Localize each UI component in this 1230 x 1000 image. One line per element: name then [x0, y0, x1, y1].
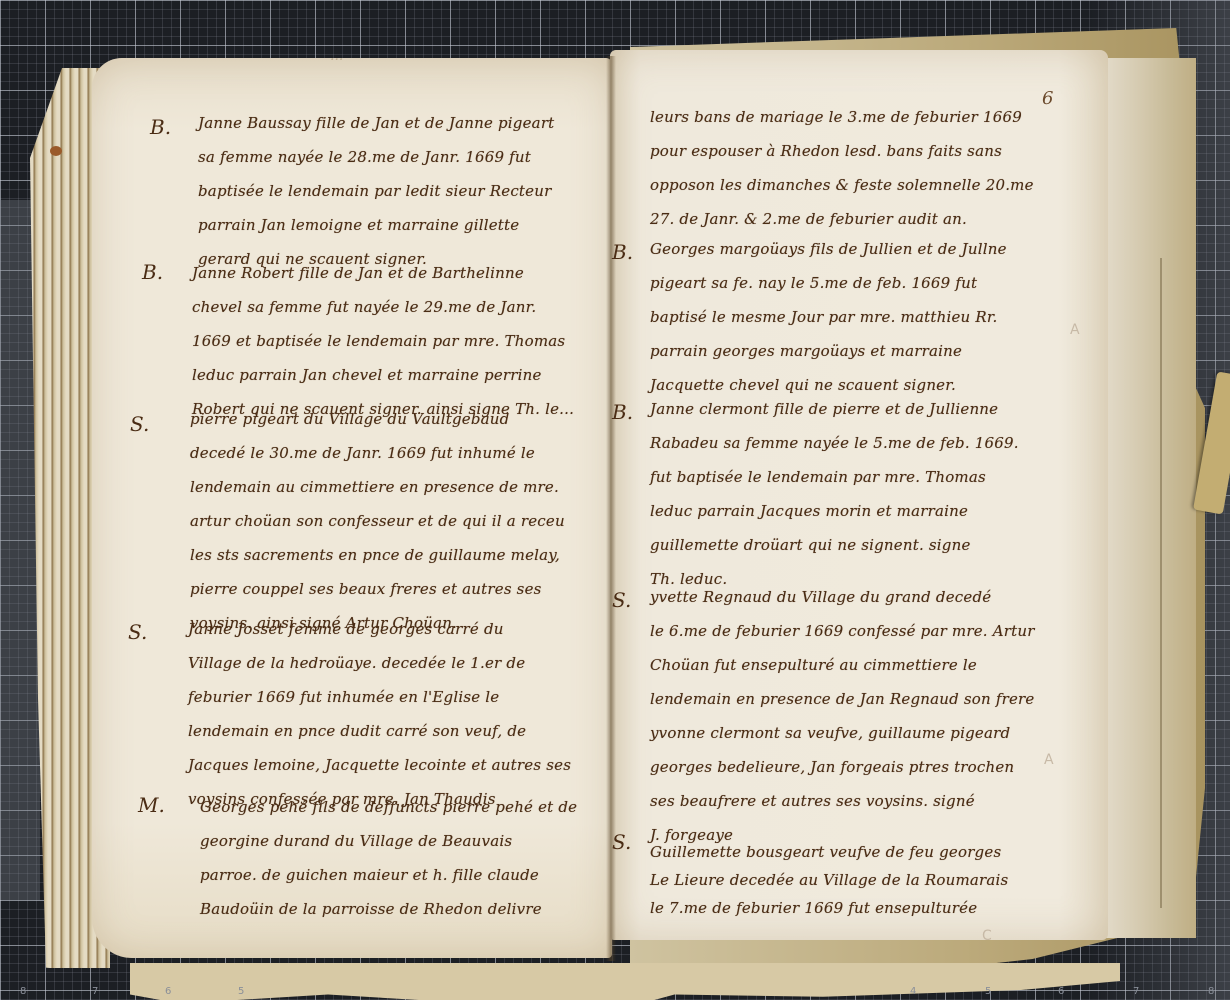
entry-type-burial: S.	[130, 412, 149, 436]
entry-type-burial: S.	[612, 588, 631, 612]
entry-line: le 7.me de feburier 1669 fut ensepulturé…	[650, 894, 1008, 922]
entry-line: Rabadeu sa femme nayée le 5.me de feb. 1…	[650, 426, 1019, 460]
entry-line: parrain georges margoüays et marraine	[650, 334, 1007, 368]
entry-line: Janne Baussay fille de Jan et de Janne p…	[198, 106, 554, 140]
ruler-label: 8	[20, 986, 26, 997]
entry-type-baptism: B.	[150, 115, 171, 139]
register-entry: Georges margoüays fils de Jullien et de …	[650, 232, 1007, 402]
ruler-label: 5	[238, 986, 244, 997]
entry-line: Choüan fut ensepulturé au cimmettiere le	[650, 648, 1035, 682]
entry-line: Village de la hedroüaye. decedée le 1.er…	[188, 646, 571, 680]
ruler-label: 4	[910, 986, 916, 997]
entry-line: Janne clermont fille de pierre et de Jul…	[650, 392, 1019, 426]
register-entry: yvette Regnaud du Village du grand deced…	[650, 580, 1035, 852]
entry-line: baptisée le lendemain par ledit sieur Re…	[198, 174, 554, 208]
entry-type-burial: S.	[612, 830, 631, 854]
register-entry: pierre pigeart du Village du Vaultgebaud…	[190, 402, 565, 640]
entry-line: 27. de Janr. & 2.me de feburier audit an…	[650, 202, 1034, 236]
entry-line: parroe. de guichen maieur et h. fille cl…	[200, 858, 577, 892]
register-entry: Georges pehé fils de deffuncts pierre pe…	[200, 790, 577, 926]
folio-mark: A	[1070, 322, 1080, 338]
ruler-label: 7	[1133, 986, 1139, 997]
entry-line: pierre pigeart du Village du Vaultgebaud	[190, 402, 565, 436]
entry-line: baptisé le mesme Jour par mre. matthieu …	[650, 300, 1007, 334]
ruler-label: 8	[1208, 986, 1214, 997]
entry-line: leduc parrain Jan chevel et marraine per…	[192, 358, 574, 392]
register-entry: Janne Robert fille de Jan et de Bartheli…	[192, 256, 574, 426]
entry-line: decedé le 30.me de Janr. 1669 fut inhumé…	[190, 436, 565, 470]
register-entry-continued: leurs bans de mariage le 3.me de feburie…	[650, 100, 1034, 236]
entry-line: le 6.me de feburier 1669 confessé par mr…	[650, 614, 1035, 648]
entry-line: lendemain en presence de Jan Regnaud son…	[650, 682, 1035, 716]
entry-line: ses beaufrere et autres ses voysins. sig…	[650, 784, 1035, 818]
entry-line: Baudoüin de la parroisse de Rhedon deliv…	[200, 892, 577, 926]
entry-line: feburier 1669 fut inhumée en l'Eglise le	[188, 680, 571, 714]
entry-line: yvonne clermont sa veufve, guillaume pig…	[650, 716, 1035, 750]
entry-line: yvette Regnaud du Village du grand deced…	[650, 580, 1035, 614]
entry-line: sa femme nayée le 28.me de Janr. 1669 fu…	[198, 140, 554, 174]
entry-line: parrain Jan lemoigne et marraine gillett…	[198, 208, 554, 242]
entry-type-baptism: B.	[142, 260, 163, 284]
entry-line: leurs bans de mariage le 3.me de feburie…	[650, 100, 1034, 134]
register-entry: Janne clermont fille de pierre et de Jul…	[650, 392, 1019, 596]
entry-line: georges bedelieure, Jan forgeais ptres t…	[650, 750, 1035, 784]
entry-type-burial: S.	[128, 620, 147, 644]
register-entry: Janne Baussay fille de Jan et de Janne p…	[198, 106, 554, 276]
entry-line: lendemain en pnce dudit carré son veuf, …	[188, 714, 571, 748]
cover-fold	[1105, 58, 1196, 938]
entry-line: guillemette droüart qui ne signent. sign…	[650, 528, 1019, 562]
entry-line: Georges pehé fils de deffuncts pierre pe…	[200, 790, 577, 824]
ruler-label: 6	[165, 986, 171, 997]
folio-mark: C	[982, 928, 992, 944]
entry-type-baptism: B.	[612, 400, 633, 424]
entry-line: Guillemette bousgeart veufve de feu geor…	[650, 838, 1008, 866]
entry-line: Janne Josset femme de georges carré du	[188, 612, 571, 646]
faded-header-text: ...	[330, 48, 343, 64]
entry-line: lendemain au cimmettiere en presence de …	[190, 470, 565, 504]
register-entry: Janne Josset femme de georges carré du V…	[188, 612, 571, 816]
entry-line: opposon les dimanches & feste solemnelle…	[650, 168, 1034, 202]
entry-line: les sts sacrements en pnce de guillaume …	[190, 538, 565, 572]
page-number: 6	[1042, 88, 1053, 109]
entry-line: Le Lieure decedée au Village de la Rouma…	[650, 866, 1008, 894]
entry-type-marriage: M.	[138, 793, 165, 817]
register-entry: Guillemette bousgeart veufve de feu geor…	[650, 838, 1008, 922]
ruler-label: 5	[985, 986, 991, 997]
measurement-ruler: 8 7 6 5 4 5 6 7 8	[0, 978, 1230, 1000]
ruler-label: 6	[1058, 986, 1064, 997]
entry-line: 1669 et baptisée le lendemain par mre. T…	[192, 324, 574, 358]
entry-line: pigeart sa fe. nay le 5.me de feb. 1669 …	[650, 266, 1007, 300]
ruler-label: 7	[92, 986, 98, 997]
entry-line: Jacques lemoine, Jacquette lecointe et a…	[188, 748, 571, 782]
entry-line: chevel sa femme fut nayée le 29.me de Ja…	[192, 290, 574, 324]
entry-line: pierre couppel ses beaux freres et autre…	[190, 572, 565, 606]
book-gutter	[606, 56, 616, 961]
cover-crease	[1160, 258, 1162, 908]
entry-line: Janne Robert fille de Jan et de Bartheli…	[192, 256, 574, 290]
entry-line: fut baptisée le lendemain par mre. Thoma…	[650, 460, 1019, 494]
entry-line: leduc parrain Jacques morin et marraine	[650, 494, 1019, 528]
entry-line: artur choüan son confesseur et de qui il…	[190, 504, 565, 538]
stain	[50, 146, 62, 156]
folio-mark: A	[1044, 752, 1054, 768]
entry-line: georgine durand du Village de Beauvais	[200, 824, 577, 858]
entry-line: Georges margoüays fils de Jullien et de …	[650, 232, 1007, 266]
entry-line: pour espouser à Rhedon lesd. bans faits …	[650, 134, 1034, 168]
entry-type-baptism: B.	[612, 240, 633, 264]
